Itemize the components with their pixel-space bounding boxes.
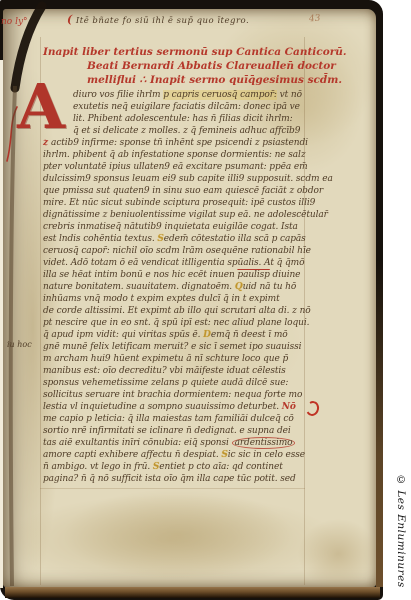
manuscript-line: sortio nrē infirmitati se iclinare n̄ de… [43, 425, 311, 437]
manuscript-line: q̄ et si delicate z molles. z q̄ feminei… [73, 125, 311, 137]
body-text: diuro vos filie ihrlm p capris ceruosq̄ … [43, 89, 311, 485]
manuscript-line: tas aiē exultantis inīri cōnubia: eiq̄ s… [43, 437, 311, 449]
manuscript-line: sollicitus seruare int brachia dormiente… [43, 389, 311, 401]
manuscript-line: amore capti exhibere affectu n̄ despiat.… [43, 449, 311, 461]
rubric-line: Inapit liber tertius sermonū sup Cantica… [43, 45, 323, 59]
running-header-text: Itē bñate fo siū ihl ē sup̄ quo ītegro. [76, 16, 249, 26]
rubric-line: Beati Bernardi Abbatis Clareuallen̄ doct… [87, 59, 323, 73]
text-segment-ink: pt nescire que in eo snt. q̄ spū ipī est… [43, 318, 309, 328]
manuscript-line: exutetis neq̄ euigilare faciatis dilcām:… [73, 101, 311, 113]
text-segment-ink: pter voluntatē ipius ullaten9 eā excitar… [43, 162, 308, 172]
manuscript-page: ( Itē bñate fo siū ihl ē sup̄ quo ītegro… [3, 9, 376, 587]
text-segment-ink: edem̄ cōtestatio illa scā p capās [164, 234, 306, 244]
text-segment-red: Nō [282, 402, 296, 412]
text-segment-ink: ceruosq̄ capor̄: nichil oīo scdm lrām os… [43, 246, 311, 256]
text-segment-ink: vt nō [277, 90, 302, 100]
text-segment-ink: me capio p leticia: q̄ illa maiestas tam… [43, 414, 294, 424]
text-segment-ink: diuine [270, 270, 301, 280]
red-paraph-mark: ( [67, 13, 73, 26]
text-segment-ink: dignātissime z beniuolentissime vigilat … [43, 210, 328, 220]
manuscript-line: dulcissim9 sponsus leuam ei9 sub capite … [43, 173, 311, 185]
manuscript-line: illa se hēat intim bonū e nos hic ecēt i… [43, 269, 311, 281]
text-segment-ink: de corde altissimi. Et expimt ab illo qu… [43, 306, 311, 316]
text-segment-ink: ihrlm. phibent q̄ ab infestatione sponse… [43, 150, 305, 160]
ruling-line-bottom [40, 488, 305, 489]
text-segment-ink: manibus est: oīo decreditu? vbi māifeste… [43, 366, 286, 376]
folio-number: 43 [309, 14, 321, 25]
text-segment-ink: m archam hui9 hūent expimetu ā nī schtur… [43, 354, 288, 364]
text-segment-ink: illa se hēat intim bonū e nos hic ecēt i… [43, 270, 237, 280]
text-segment-hl: p capris ceruosq̄ campor̄: [163, 90, 277, 100]
manuscript-line: nature bonitatem. suauitatem. dignatoēm.… [43, 281, 311, 293]
manuscript-line: ceruosq̄ capor̄: nichil oīo scdm lrām os… [43, 245, 311, 257]
manuscript-line: me capio p leticia: q̄ illa maiestas tam… [43, 413, 311, 425]
text-segment-gold: D [203, 330, 211, 340]
text-segment-ink: uid nā tu hō [243, 282, 297, 292]
text-segment-gold: Q [235, 282, 243, 292]
manuscript-line: de corde altissimi. Et expimt ab illo qu… [43, 305, 311, 317]
text-segment-ink: sponsus vehemetissime zelans p quiete au… [43, 378, 288, 388]
text-segment-ink: diuro vos filie ihrlm [73, 90, 163, 100]
manuscript-line: pter voluntatē ipius ullaten9 eā excitar… [43, 161, 311, 173]
text-segment-ink: mire. Et nūc sicut subinde sciptura pros… [43, 198, 315, 208]
rubric-line: melliflui ∴ Inapit sermo quīq̄gesimus sc… [87, 73, 323, 87]
manuscript-line: lit. Phibent adolescentule: has n̄ filia… [73, 113, 311, 125]
text-segment-ink: exutetis neq̄ euigilare faciatis dilcām:… [73, 102, 300, 112]
text-segment-ink: q̄ et si delicate z molles. z q̄ feminei… [73, 126, 300, 136]
manuscript-line: pagina? n̄ q̄ nō sufficit ista oīo q̄m i… [43, 473, 311, 485]
parchment-stain [63, 489, 293, 579]
manuscript-line: m archam hui9 hūent expimetu ā nī schtur… [43, 353, 311, 365]
margin-gloss-left: iu hoc [7, 340, 32, 349]
text-segment-ink: amore capti exhibere affectu n̄ despiat. [43, 450, 221, 460]
manuscript-line: dignātissime z beniuolentissime vigilat … [43, 209, 311, 221]
manuscript-line: lestia vl inquietudine a sompno suauissi… [43, 401, 311, 413]
manuscript-line: crebris inmatiseq̄ nātutib9 inquietata e… [43, 221, 311, 233]
text-segment-red: z [43, 138, 51, 148]
running-header: ( Itē bñate fo siū ihl ē sup̄ quo ītegro… [67, 13, 249, 26]
bottom-page-edges [5, 587, 380, 598]
text-segment-ink: sortio nrē infirmitati se iclinare n̄ de… [43, 426, 291, 436]
manuscript-line: que pmissa sut quaten9 in sinu suo eam q… [43, 185, 311, 197]
manuscript-line: ihrlm. phibent q̄ ab infestatione sponse… [43, 149, 311, 161]
manuscript-line: q̄ apud ipm vidit: qui viritas spūs ē. D… [43, 329, 311, 341]
manuscript-line: gnē munē felix letificam meruit? e sic ī… [43, 341, 311, 353]
text-segment-ink: lestia vl inquietudine a sompno suauissi… [43, 402, 282, 412]
text-segment-ink: est lndis cohēntia textus. [43, 234, 157, 244]
text-segment-ink: entiet p cto aīa: qd continet [159, 462, 282, 472]
manuscript-line: n̄ ambigo. vt lego in frū. Sentiet p cto… [43, 461, 311, 473]
text-segment-ink: n̄ ambigo. vt lego in frū. [43, 462, 153, 472]
manuscript-line: manibus est: oīo decreditu? vbi māifeste… [43, 365, 311, 377]
text-segment-ink: nature bonitatem. suauitatem. dignatoēm. [43, 282, 235, 292]
text-segment-ink: gnē munē felix letificam meruit? e sic ī… [43, 342, 301, 352]
text-segment-ink: crebris inmatiseq̄ nātutib9 inquietata e… [43, 222, 298, 232]
text-segment-ink: dulcissim9 sponsus leuam ei9 sub capite … [43, 174, 333, 184]
copyright-credit: © Les Enluminures [387, 474, 407, 600]
text-segment-ink: emq̄ n̄ deest ī mō [211, 330, 288, 340]
text-segment-ink: tas aiē exultantis inīri cōnubia: eiq̄ s… [43, 438, 232, 448]
manuscript-line: diuro vos filie ihrlm p capris ceruosq̄ … [73, 89, 311, 101]
text-segment-ink: videt. Adō totam ō eā vendicat itlligent… [43, 258, 304, 268]
manuscript-line: mire. Et nūc sicut subinde sciptura pros… [43, 197, 311, 209]
manuscript-line: z actib9 infirme: sponse tn̄ inhēnt spe … [43, 137, 311, 149]
manuscript-book: ( Itē bñate fo siū ihl ē sup̄ quo ītegro… [0, 0, 383, 600]
text-segment-ink: actib9 infirme: sponse tn̄ inhēnt spe ps… [51, 138, 308, 148]
manuscript-line: sponsus vehemetissime zelans p quiete au… [43, 377, 311, 389]
text-segment-ink: q̄ apud ipm vidit: qui viritas spūs ē. [43, 330, 203, 340]
manuscript-line: pt nescire que in eo snt. q̄ spū ipī est… [43, 317, 311, 329]
text-segment-ink: inhūams vnq̄ modo t expim exptes dulcī q… [43, 294, 280, 304]
text-segment-ink: ic sic in celo esse [228, 450, 305, 460]
manuscript-line: inhūams vnq̄ modo t expim exptes dulcī q… [43, 293, 311, 305]
text-segment-redmark: paulisp [237, 270, 269, 280]
photo-scene: ( Itē bñate fo siū ihl ē sup̄ quo ītegro… [0, 0, 411, 600]
initial-flourish [6, 105, 20, 165]
text-segment-ink: lit. Phibent adolescentule: has n̄ filia… [73, 114, 293, 124]
left-page-edge-highlight [0, 60, 3, 588]
margin-gloss-top-left: no ly° [1, 17, 28, 27]
text-segment-ink: pagina? n̄ q̄ nō sufficit ista oīo q̄m i… [43, 474, 296, 484]
text-segment-ink: que pmissa sut quaten9 in sinu suo eam q… [43, 186, 323, 196]
parchment-stain [298, 519, 378, 589]
text-segment-redcircle: ardentissimo [232, 437, 296, 449]
fore-edge-pages [376, 260, 383, 587]
rubric-incipit: Inapit liber tertius sermonū sup Cantica… [43, 45, 323, 87]
text-segment-ink: sollicitus seruare int brachia dormiente… [43, 390, 302, 400]
manuscript-line: videt. Adō totam ō eā vendicat itlligent… [43, 257, 311, 269]
manuscript-line: est lndis cohēntia textus. Sedem̄ cōtest… [43, 233, 311, 245]
